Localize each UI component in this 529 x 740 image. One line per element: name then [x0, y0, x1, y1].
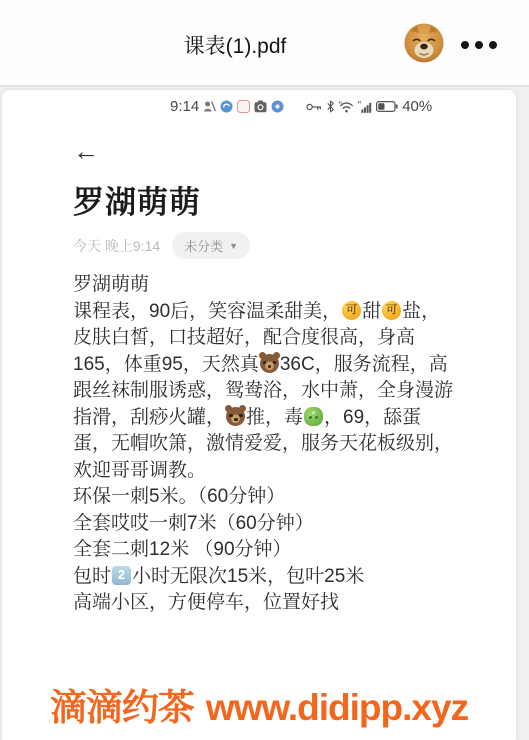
dog-avatar[interactable]: [404, 23, 444, 63]
note-body-line: 环保一刺5米。（60分钟）: [73, 484, 494, 511]
note-body-line: 蛋，无帽吹箫，激情爱爱，服务天花板级别，: [73, 431, 494, 458]
ke-coin-icon: [342, 301, 361, 320]
text-run: 高端小区，方便停车，位置好找: [73, 592, 339, 613]
category-label: 未分类: [184, 236, 223, 255]
text-run: 皮肤白皙，口技超好，配合度很高，身高: [73, 327, 415, 348]
pdf-viewer-area[interactable]: 1/1 9:14: [0, 87, 529, 740]
bear-face-icon: [226, 407, 245, 426]
note-body-line: 皮肤白皙，口技超好，配合度很高，身高: [73, 325, 494, 352]
text-run: 指滑，刮痧火罐，: [73, 407, 225, 428]
watermark-banner[interactable]: 滴滴约茶www.didipp.xyz: [2, 677, 516, 731]
text-run: 环保一刺5米。（60分钟）: [73, 486, 285, 507]
note-body-line: 欢迎哥哥调教。: [73, 458, 494, 485]
menu-dot: [489, 41, 497, 49]
text-run: 罗湖萌萌: [73, 274, 149, 295]
note-body-line: 高端小区，方便停车，位置好找: [73, 590, 494, 617]
note-body-line: 全套哎哎一刺7米（60分钟）: [73, 511, 494, 538]
screen: 课表(1).pdf: [0, 0, 529, 740]
note-body-line: 165，体重95，天然真36C，服务流程，高: [73, 352, 494, 379]
note-body-line: 指滑，刮痧火罐，推，毒，69，舔蛋: [73, 405, 494, 432]
text-run: ，69，舔蛋: [324, 407, 421, 428]
note-body-line: 包时小时无限次15米，包叶25米: [73, 564, 494, 591]
note-title: 罗湖萌萌: [73, 177, 494, 222]
keycap-2-icon: [112, 566, 131, 585]
text-run: 跟丝袜制服诱惑，鸳鸯浴，水中萧，全身漫游: [73, 380, 453, 401]
text-run: 36C，服务流程，高: [280, 354, 448, 375]
text-run: 小时无限次15米，包叶25米: [132, 566, 364, 587]
note-body-line: 课程表，90后，笑容温柔甜美，甜盐，: [73, 299, 494, 326]
bear-face-icon: [260, 354, 279, 373]
text-run: 欢迎哥哥调教。: [73, 460, 206, 481]
pdf-page: 9:14: [2, 90, 516, 740]
text-run: 盐，: [402, 301, 440, 322]
note-body: 罗湖萌萌课程表，90后，笑容温柔甜美，甜盐，皮肤白皙，口技超好，配合度很高，身高…: [73, 272, 494, 617]
text-run: 包时: [73, 566, 111, 587]
text-run: 甜: [362, 301, 381, 322]
text-run: 蛋，无帽吹箫，激情爱爱，服务天花板级别，: [73, 433, 453, 454]
text-run: 推，毒: [246, 407, 303, 428]
ke-coin-icon: [382, 301, 401, 320]
chevron-down-icon: ▼: [229, 241, 238, 251]
note-body-line: 罗湖萌萌: [73, 272, 494, 299]
menu-dot: [475, 41, 483, 49]
text-run: 全套哎哎一刺7米（60分钟）: [73, 513, 314, 534]
note-body-line: 全套二刺12米 （90分钟）: [73, 537, 494, 564]
text-run: 课程表，90后，笑容温柔甜美，: [73, 301, 341, 322]
shiba-face-icon: [404, 23, 444, 63]
url-text[interactable]: www.didipp.xyz: [206, 687, 468, 728]
note-view: ← 罗湖萌萌 今天 晚上9:14 未分类 ▼ 罗湖萌萌课程表，90后，笑容温柔甜…: [2, 90, 516, 617]
dragon-face-icon: [304, 407, 323, 426]
app-header: 课表(1).pdf: [0, 0, 529, 86]
back-arrow-icon[interactable]: ←: [73, 138, 103, 164]
text-run: 165，体重95，天然真: [73, 354, 259, 375]
more-menu-button[interactable]: [461, 39, 497, 51]
note-date: 今天 晚上9:14: [73, 236, 160, 256]
text-run: 全套二刺12米 （90分钟）: [73, 539, 292, 560]
menu-dot: [461, 41, 469, 49]
note-meta: 今天 晚上9:14 未分类 ▼: [73, 232, 494, 259]
document-title: 课表(1).pdf: [184, 30, 287, 60]
category-pill[interactable]: 未分类 ▼: [172, 232, 250, 259]
note-body-line: 跟丝袜制服诱惑，鸳鸯浴，水中萧，全身漫游: [73, 378, 494, 405]
brand-text: 滴滴约茶: [50, 687, 194, 728]
